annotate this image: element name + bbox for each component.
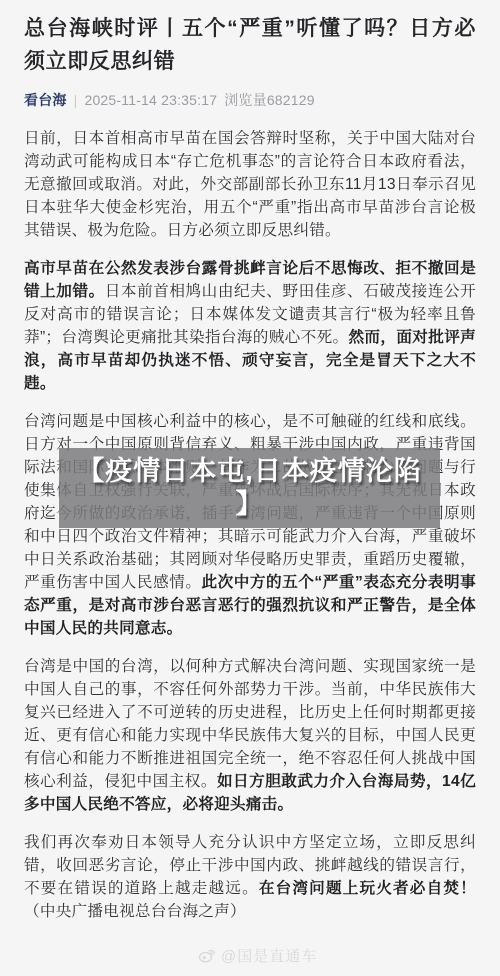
paragraph-run: （中央广播电视总台台海之声） xyxy=(24,903,246,920)
overlay-watermark-line2: 】 xyxy=(236,488,264,521)
meta-separator: | xyxy=(74,92,78,108)
article-paragraph: 台湾是中国的台湾，以何种方式解决台湾问题、实现国家统一是中国人自己的事，不容任何… xyxy=(24,655,476,816)
paragraph-run: 在台湾问题上玩火者必自焚！ xyxy=(259,880,476,897)
weibo-icon xyxy=(198,948,216,963)
paragraph-run: 日前，日本首相高市早苗在国会答辩时坚称，关于中国大陆对台湾动武可能构成日本“存亡… xyxy=(24,130,476,239)
article-paragraph: 高市早苗在公然发表涉台露骨挑衅言论后不思悔改、拒不撤回是错上加错。日本前首相鸠山… xyxy=(24,257,476,395)
bottom-watermark: @国是直通车 xyxy=(198,945,317,966)
article-meta: 看台海 | 2025-11-14 23:35:17 浏览量682129 xyxy=(24,90,476,110)
publish-datetime: 2025-11-14 23:35:17 xyxy=(84,92,217,108)
page-title: 总台海峡时评丨五个“严重”听懂了吗？日方必须立即反思纠错 xyxy=(24,12,476,78)
source-channel-link[interactable]: 看台海 xyxy=(24,90,67,110)
overlay-watermark-line1: 【疫情日本屯,日本疫情沦陷 xyxy=(77,455,422,488)
bottom-watermark-text: @国是直通车 xyxy=(221,945,317,966)
overlay-watermark: 【疫情日本屯,日本疫情沦陷 】 xyxy=(59,448,440,528)
article-page: 总台海峡时评丨五个“严重”听懂了吗？日方必须立即反思纠错 看台海 | 2025-… xyxy=(0,0,500,976)
paragraph-run: 台湾是中国的台湾，以何种方式解决台湾问题、实现国家统一是中国人自己的事，不容任何… xyxy=(24,658,476,790)
view-count: 浏览量682129 xyxy=(224,90,315,110)
article-paragraph: 日前，日本首相高市早苗在国会答辩时坚称，关于中国大陆对台湾动武可能构成日本“存亡… xyxy=(24,127,476,242)
article-paragraph: 我们再次奉劝日本领导人充分认识中方坚定立场，立即反思纠错，收回恶劣言论，停止干涉… xyxy=(24,831,476,923)
